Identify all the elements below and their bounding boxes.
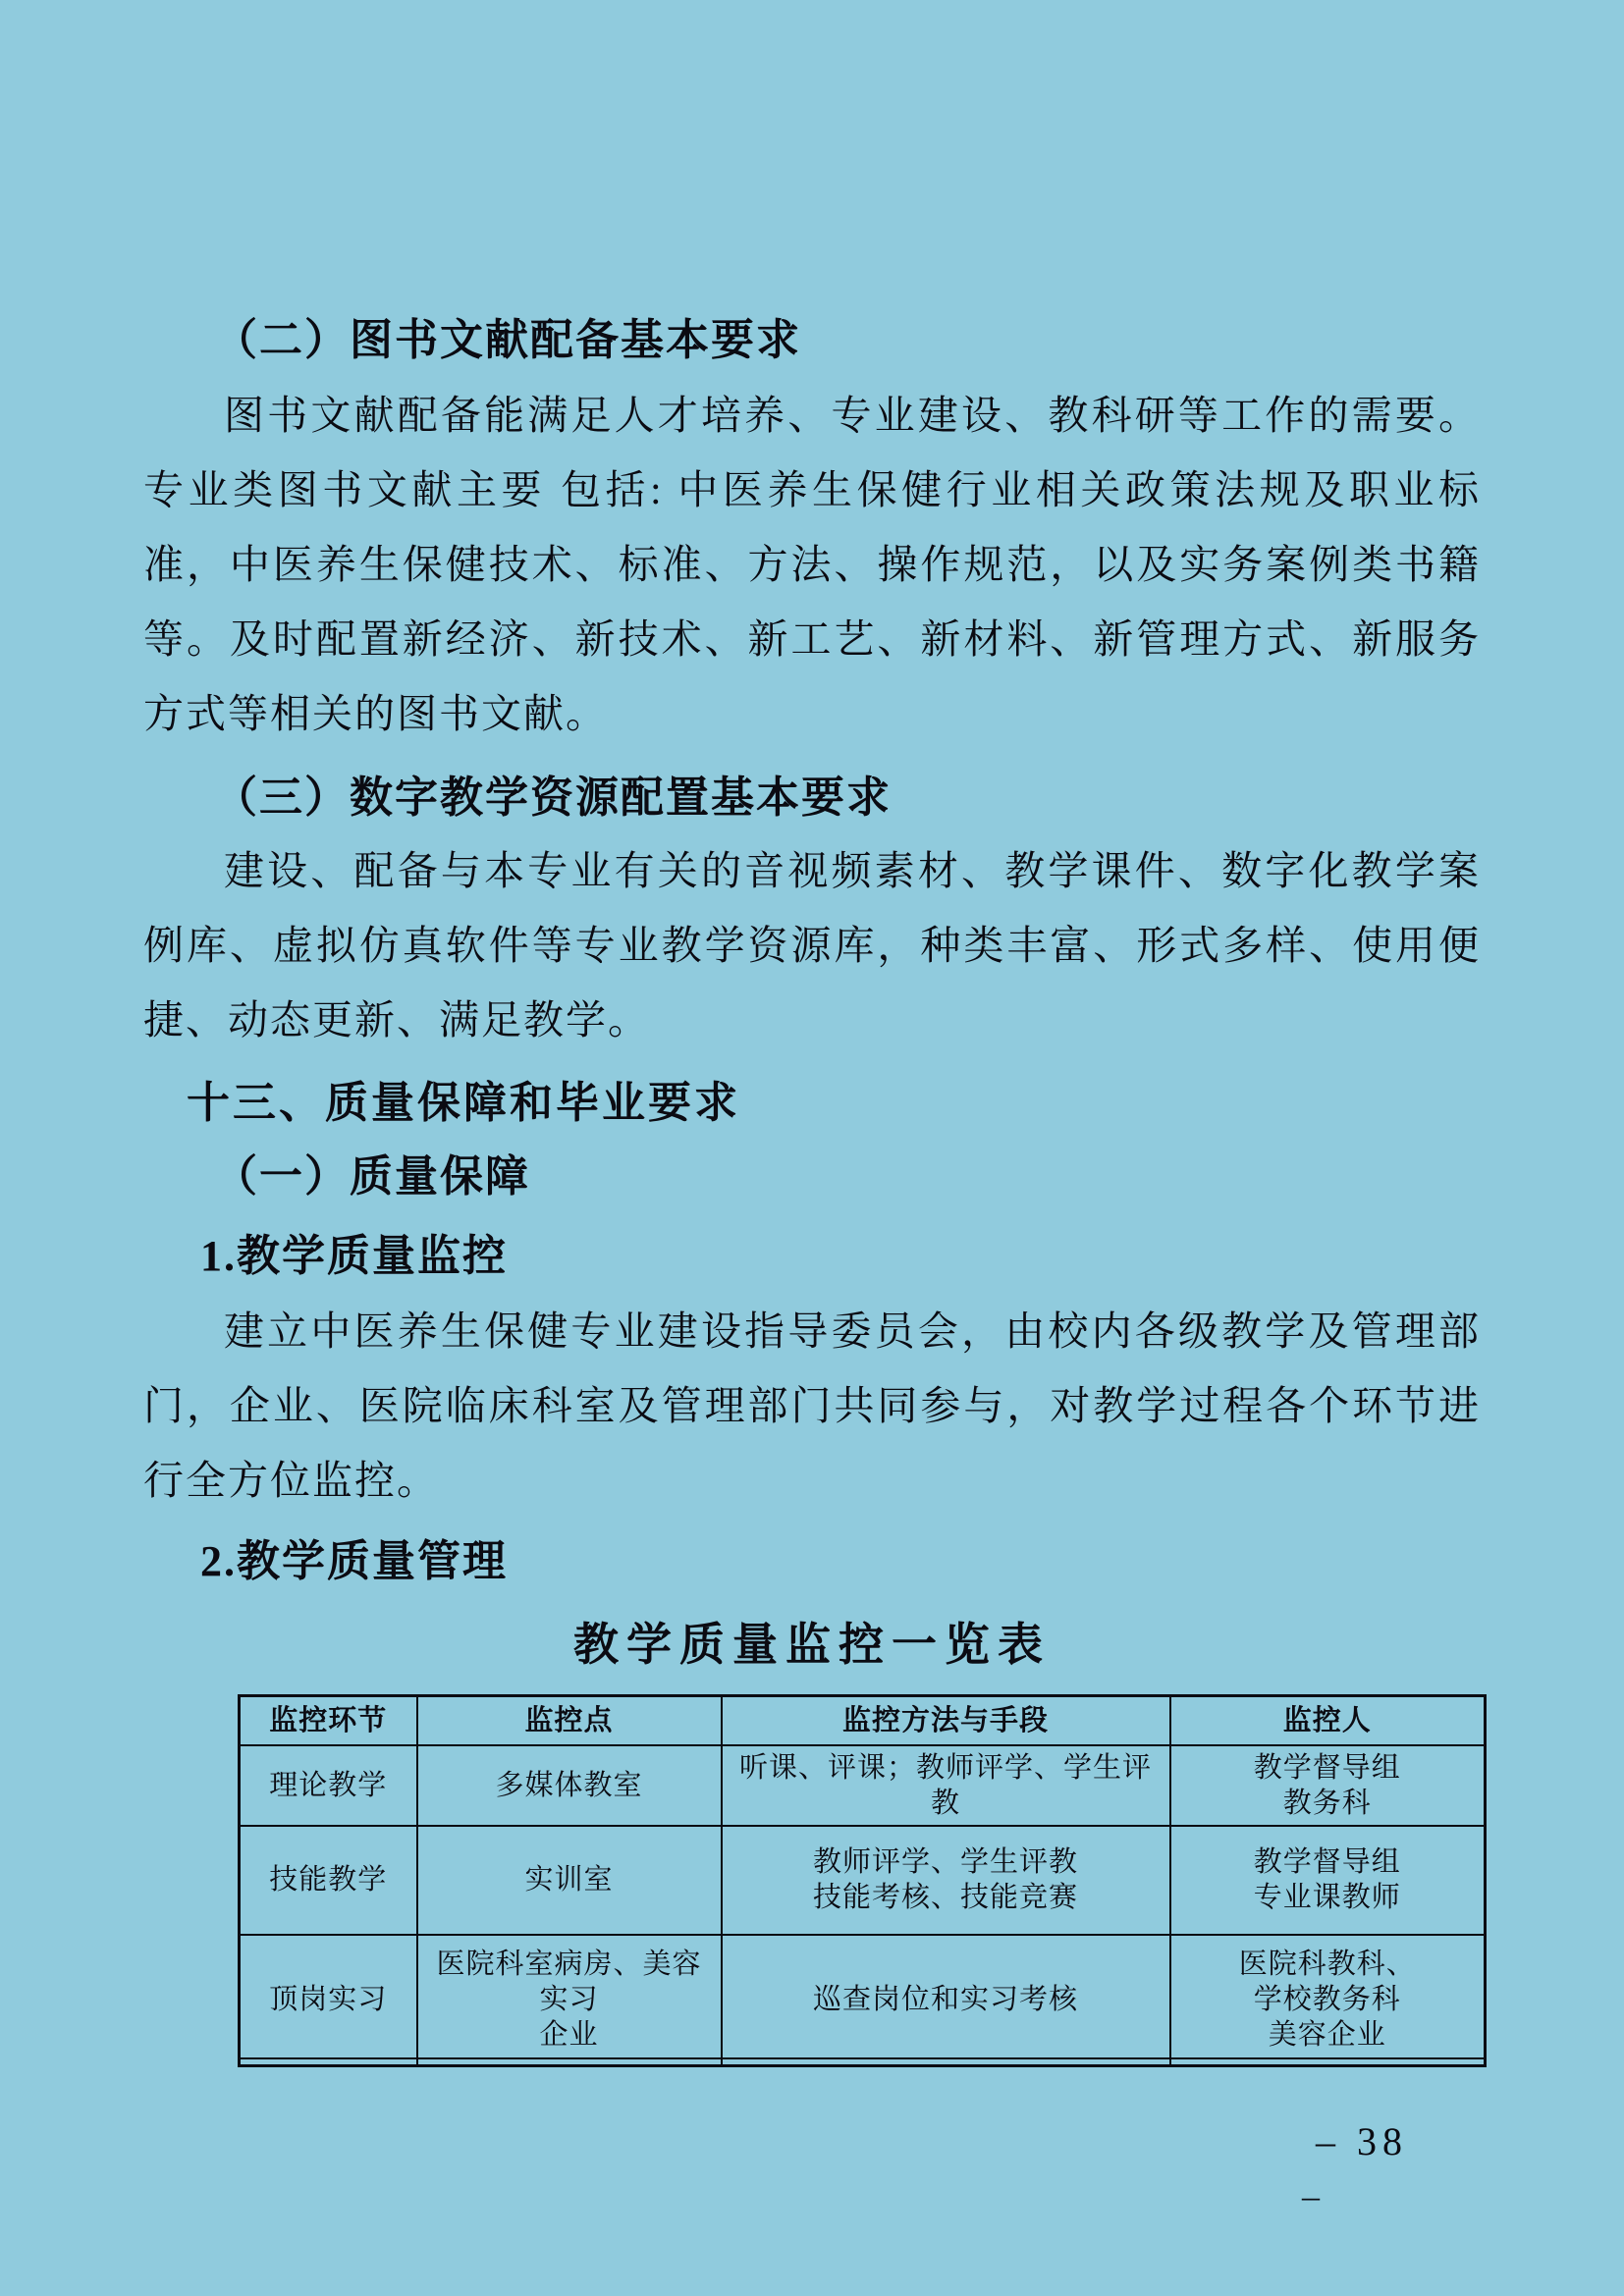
table-bottom-rule bbox=[238, 2057, 1484, 2059]
table-cell: 教学督导组 教务科 bbox=[1170, 1745, 1486, 1826]
table-cell: 教师评学、学生评教 技能考核、技能竞赛 bbox=[722, 1826, 1170, 1935]
table-cell: 技能教学 bbox=[240, 1826, 417, 1935]
table-cell: 听课、评课；教师评学、学生评教 bbox=[722, 1745, 1170, 1826]
table-row: 技能教学 实训室 教师评学、学生评教 技能考核、技能竞赛 教学督导组 专业课教师 bbox=[240, 1826, 1486, 1935]
page-number-dash: – bbox=[1302, 2175, 1320, 2216]
document-page: （二）图书文献配备基本要求 图书文献配备能满足人才培养、专业建设、教科研等工作的… bbox=[0, 0, 1624, 2296]
table-header-row: 监控环节 监控点 监控方法与手段 监控人 bbox=[240, 1696, 1486, 1745]
table-cell: 多媒体教室 bbox=[417, 1745, 722, 1826]
paragraph-library-provision: 图书文献配备能满足人才培养、专业建设、教科研等工作的需要。专业类图书文献主要 包… bbox=[143, 378, 1481, 751]
table-row: 顶岗实习 医院科室病房、美容实习 企业 巡查岗位和实习考核 医院科教科、 学校教… bbox=[240, 1935, 1486, 2066]
heading-section-13: 十三、质量保障和毕业要求 bbox=[187, 1067, 740, 1130]
table-row: 理论教学 多媒体教室 听课、评课；教师评学、学生评教 教学督导组 教务科 bbox=[240, 1745, 1486, 1826]
table-header-person: 监控人 bbox=[1170, 1696, 1486, 1745]
table-cell: 实训室 bbox=[417, 1826, 722, 1935]
heading-library-provision: （二）图书文献配备基本要求 bbox=[214, 304, 801, 367]
table-header-link: 监控环节 bbox=[240, 1696, 417, 1745]
table-cell: 巡查岗位和实习考核 bbox=[722, 1935, 1170, 2066]
table-header-method: 监控方法与手段 bbox=[722, 1696, 1170, 1745]
heading-quality-assurance: （一）质量保障 bbox=[214, 1141, 530, 1203]
table-cell: 医院科教科、 学校教务科 美容企业 bbox=[1170, 1935, 1486, 2066]
table-cell: 教学督导组 专业课教师 bbox=[1170, 1826, 1486, 1935]
table-cell: 医院科室病房、美容实习 企业 bbox=[417, 1935, 722, 2066]
table-header-point: 监控点 bbox=[417, 1696, 722, 1745]
table-title: 教学质量监控一览表 bbox=[0, 1609, 1624, 1674]
heading-teaching-quality-management: 2.教学质量管理 bbox=[200, 1525, 508, 1588]
heading-teaching-quality-monitoring: 1.教学质量监控 bbox=[200, 1220, 508, 1283]
paragraph-monitoring-committee: 建立中医养生保健专业建设指导委员会，由校内各级教学及管理部门，企业、医院临床科室… bbox=[143, 1294, 1481, 1518]
paragraph-digital-resources: 建设、配备与本专业有关的音视频素材、教学课件、数字化教学案例库、虚拟仿真软件等专… bbox=[143, 833, 1481, 1057]
heading-digital-resources: （三）数字教学资源配置基本要求 bbox=[214, 762, 892, 825]
quality-monitoring-table: 监控环节 监控点 监控方法与手段 监控人 理论教学 多媒体教室 听课、评课；教师… bbox=[238, 1694, 1487, 2067]
page-number: – 38 bbox=[1316, 2118, 1408, 2164]
table-cell: 顶岗实习 bbox=[240, 1935, 417, 2066]
table-cell: 理论教学 bbox=[240, 1745, 417, 1826]
